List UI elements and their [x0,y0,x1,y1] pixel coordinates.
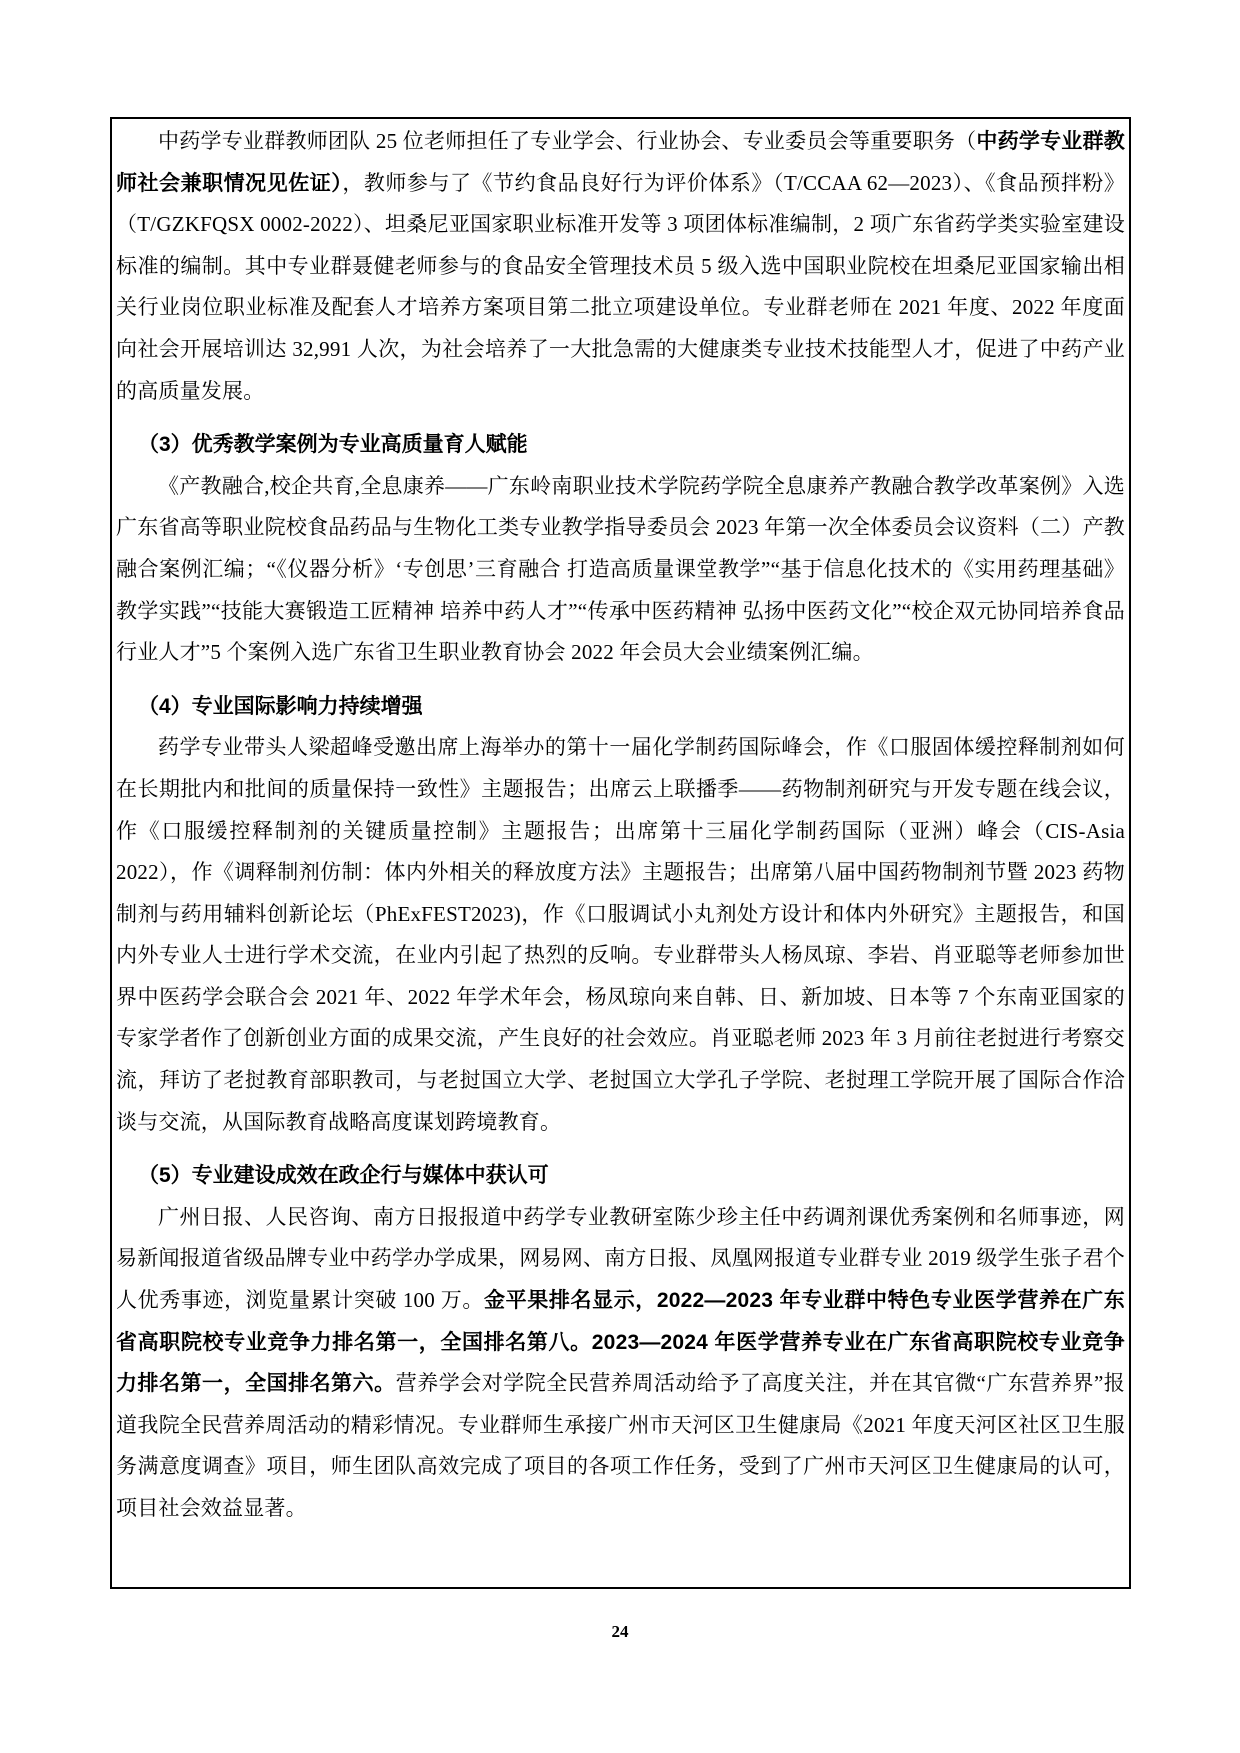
document-page: 中药学专业群教师团队 25 位老师担任了专业学会、行业协会、专业委员会等重要职务… [0,0,1240,1753]
page-number: 24 [0,1622,1240,1642]
text-run: ，教师参与了《节约食品良好行为评价体系》（T/CCAA 62—2023）、《食品… [116,171,1125,403]
text-run: 中药学专业群教师团队 25 位老师担任了专业学会、行业协会、专业委员会等重要职务… [158,129,976,153]
heading-section-3: （3）优秀教学案例为专业高质量育人赋能 [116,424,1125,466]
paragraph-teaching-cases: 《产教融合,校企共育,全息康养——广东岭南职业技术学院药学院全息康养产教融合教学… [116,466,1125,674]
heading-section-5: （5）专业建设成效在政企行与媒体中获认可 [116,1155,1125,1197]
text-border-box: 中药学专业群教师团队 25 位老师担任了专业学会、行业协会、专业委员会等重要职务… [110,117,1131,1589]
heading-section-4: （4）专业国际影响力持续增强 [116,686,1125,728]
paragraph-teacher-team: 中药学专业群教师团队 25 位老师担任了专业学会、行业协会、专业委员会等重要职务… [116,121,1125,412]
paragraph-media-recognition: 广州日报、人民咨询、南方日报报道中药学专业教研室陈少珍主任中药调剂课优秀案例和名… [116,1197,1125,1530]
paragraph-international-influence: 药学专业带头人梁超峰受邀出席上海举办的第十一届化学制药国际峰会，作《口服固体缓控… [116,727,1125,1143]
